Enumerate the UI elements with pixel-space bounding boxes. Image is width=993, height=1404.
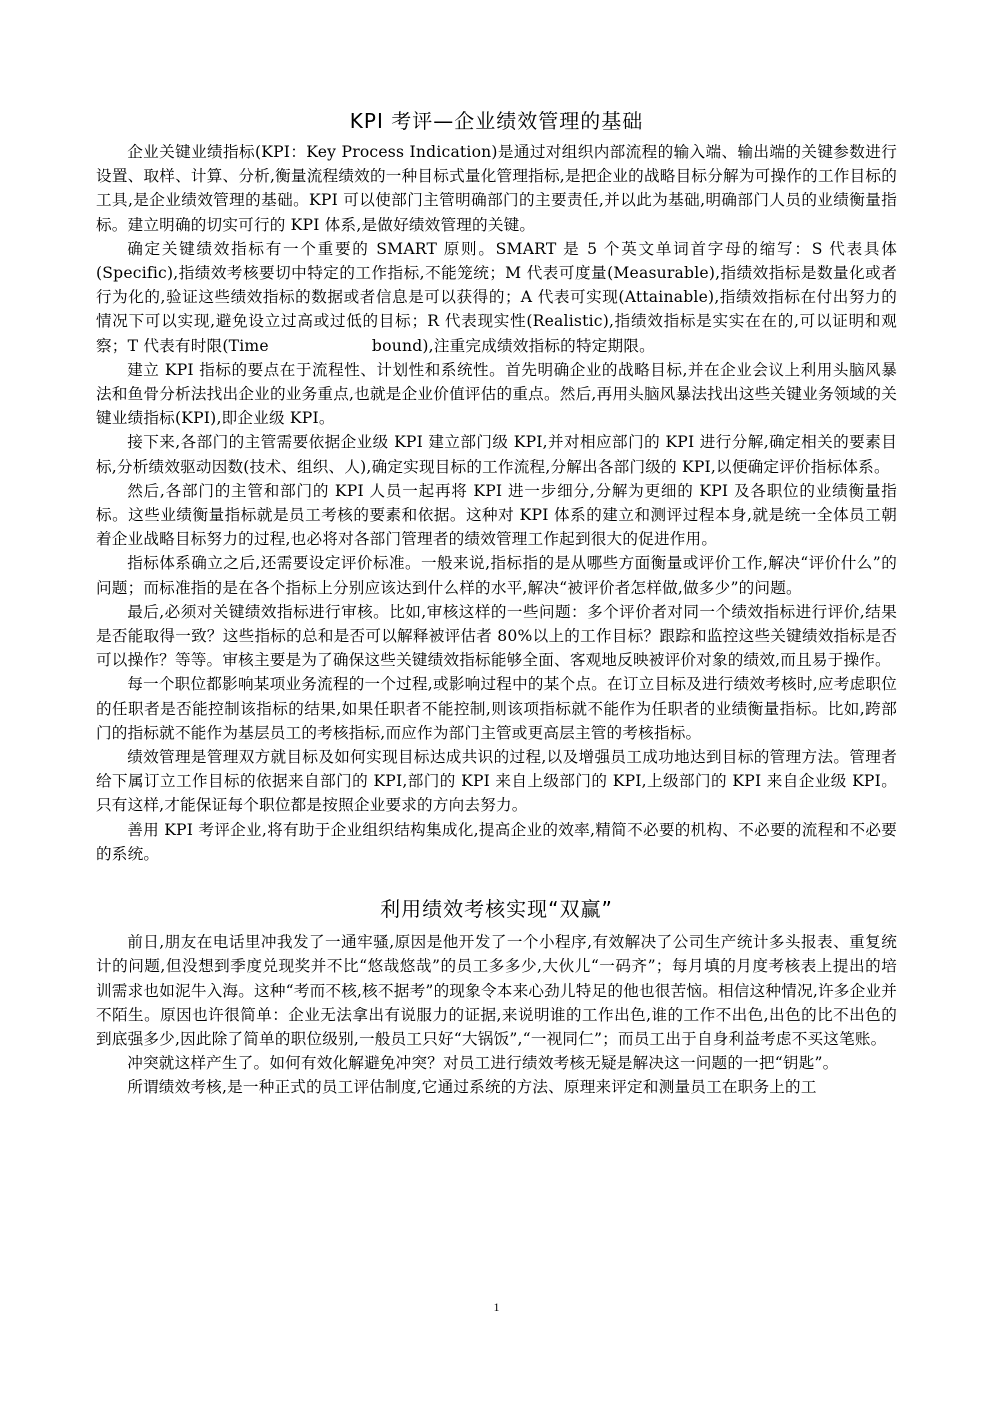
paragraph: 前日,朋友在电话里冲我发了一通牢骚,原因是他开发了一个小程序,有效解决了公司生产… <box>96 930 897 1051</box>
document-page: KPI 考评—企业绩效管理的基础 企业关键业绩指标(KPI：Key Proces… <box>96 100 897 1100</box>
paragraph: 确定关键绩效指标有一个重要的 SMART 原则。SMART 是 5 个英文单词首… <box>96 237 897 358</box>
page-number: 1 <box>0 1300 993 1315</box>
paragraph: 每一个职位都影响某项业务流程的一个过程,或影响过程中的某个点。在订立目标及进行绩… <box>96 672 897 745</box>
paragraph: 接下来,各部门的主管需要依据企业级 KPI 建立部门级 KPI,并对相应部门的 … <box>96 430 897 478</box>
paragraph: 企业关键业绩指标(KPI：Key Process Indication)是通过对… <box>96 140 897 237</box>
paragraph: 所谓绩效考核,是一种正式的员工评估制度,它通过系统的方法、原理来评定和测量员工在… <box>96 1075 897 1099</box>
paragraph: 最后,必须对关键绩效指标进行审核。比如,审核这样的一些问题：多个评价者对同一个绩… <box>96 600 897 673</box>
paragraph: 然后,各部门的主管和部门的 KPI 人员一起再将 KPI 进一步细分,分解为更细… <box>96 479 897 552</box>
paragraph: 指标体系确立之后,还需要设定评价标准。一般来说,指标指的是从哪些方面衡量或评价工… <box>96 551 897 599</box>
paragraph: 绩效管理是管理双方就目标及如何实现目标达成共识的过程,以及增强员工成功地达到目标… <box>96 745 897 818</box>
paragraph: 建立 KPI 指标的要点在于流程性、计划性和系统性。首先明确企业的战略目标,并在… <box>96 358 897 431</box>
paragraph: 冲突就这样产生了。如何有效化解避免冲突？对员工进行绩效考核无疑是解决这一问题的一… <box>96 1051 897 1075</box>
section-title: 利用绩效考核实现“双赢” <box>96 894 897 924</box>
paragraph: 善用 KPI 考评企业,将有助于企业组织结构集成化,提高企业的效率,精简不必要的… <box>96 818 897 866</box>
section-title: KPI 考评—企业绩效管理的基础 <box>96 106 897 136</box>
